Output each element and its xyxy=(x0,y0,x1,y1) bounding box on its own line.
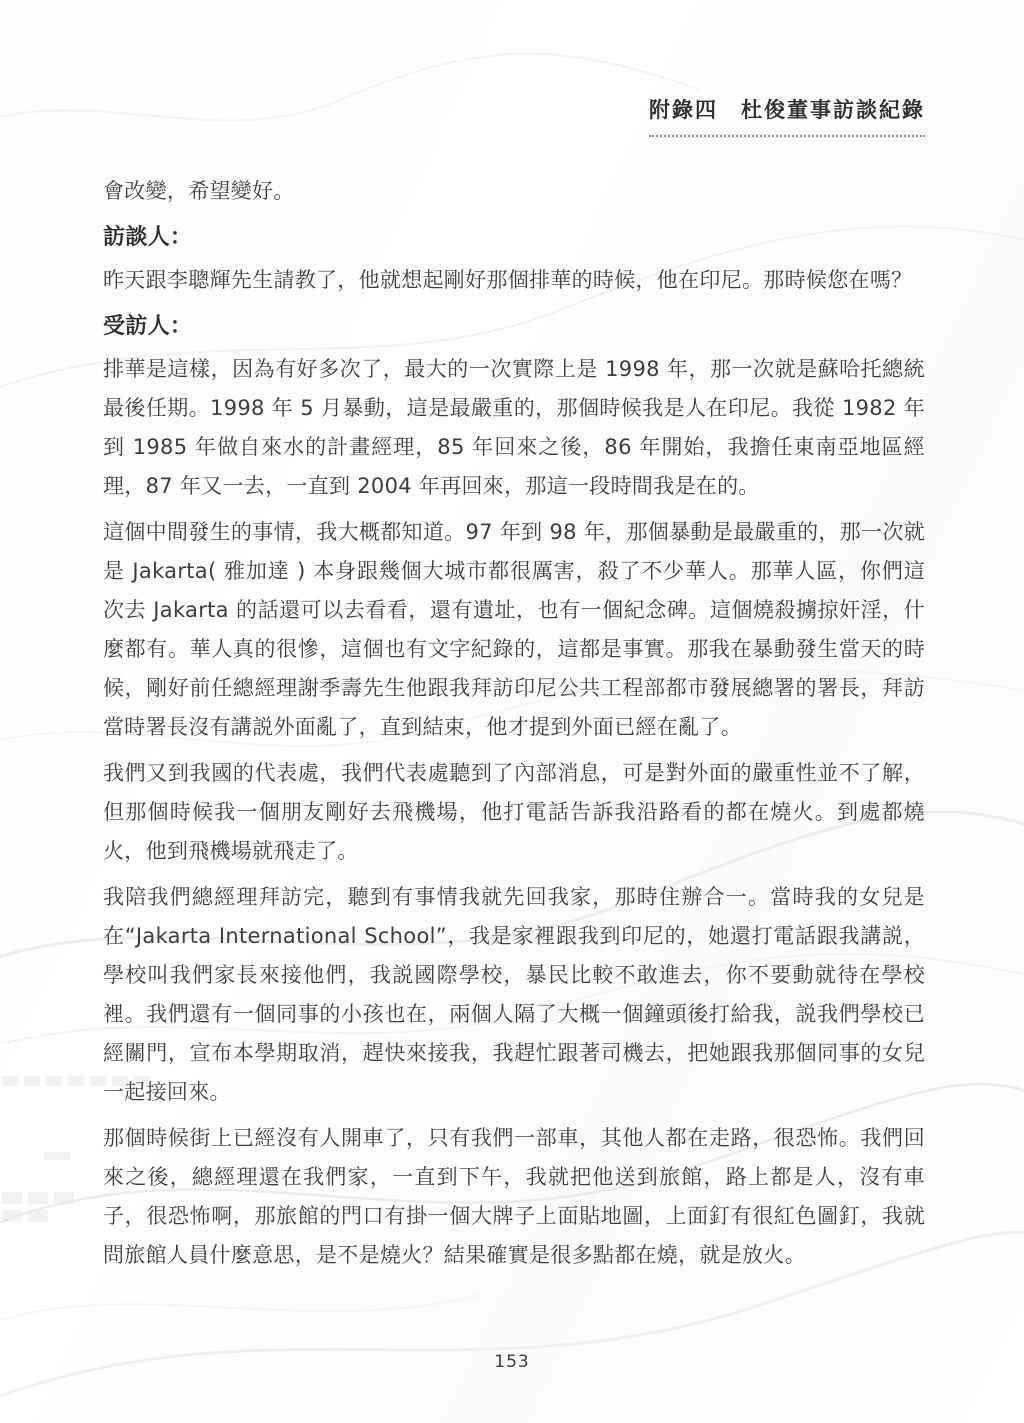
interviewer-label: 訪談人： xyxy=(103,218,925,257)
interviewee-paragraph-5: 那個時候街上已經沒有人開車了，只有我們一部車，其他人都在走路，很恐怖。我們回來之… xyxy=(103,1119,925,1275)
page-footer: 153 xyxy=(0,1352,1024,1372)
interviewee-paragraph-4: 我陪我們總經理拜訪完，聽到有事情我就先回我家，那時住辦合一。當時我的女兒是在“J… xyxy=(103,878,925,1112)
document-body: 會改變，希望變好。 訪談人： 昨天跟李聰輝先生請教了，他就想起剛好那個排華的時候… xyxy=(103,172,925,1282)
document-page: 附錄四 杜俊董事訪談紀錄 會改變，希望變好。 訪談人： 昨天跟李聰輝先生請教了，… xyxy=(0,0,1024,1423)
interviewee-paragraph-2: 這個中間發生的事情，我大概都知道。97 年到 98 年，那個暴動是最嚴重的，那一… xyxy=(103,513,925,747)
page-number: 153 xyxy=(494,1352,529,1372)
interviewee-label: 受訪人： xyxy=(103,307,925,346)
paragraph-continuation: 會改變，希望變好。 xyxy=(103,172,925,211)
page-header: 附錄四 杜俊董事訪談紀錄 xyxy=(0,94,925,137)
interviewee-paragraph-3: 我們又到我國的代表處，我們代表處聽到了內部消息，可是對外面的嚴重性並不了解，但那… xyxy=(103,754,925,871)
header-title: 附錄四 杜俊董事訪談紀錄 xyxy=(649,94,925,137)
interviewer-question: 昨天跟李聰輝先生請教了，他就想起剛好那個排華的時候，他在印尼。那時候您在嗎？ xyxy=(103,261,925,300)
interviewee-paragraph-1: 排華是這樣，因為有好多次了，最大的一次實際上是 1998 年，那一次就是蘇哈托總… xyxy=(103,350,925,506)
